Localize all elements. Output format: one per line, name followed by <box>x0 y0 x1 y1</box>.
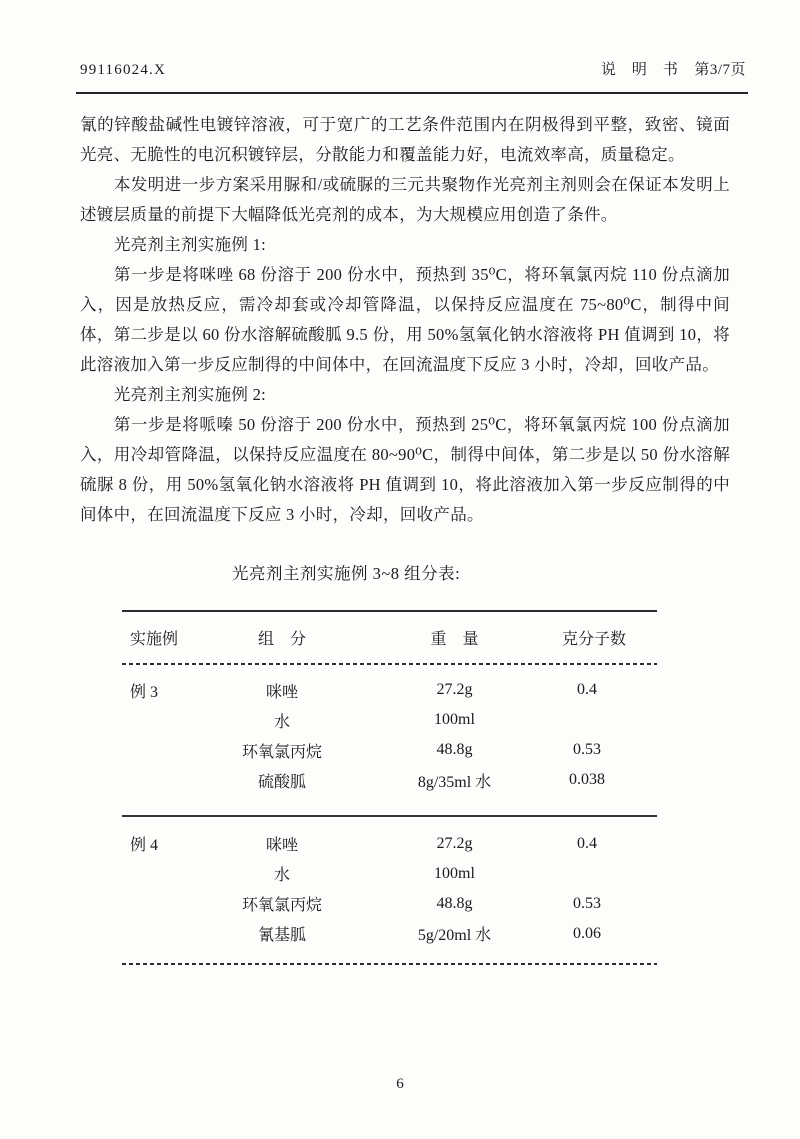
table-title: 光亮剂主剂实施例 3~8 组分表: <box>232 560 460 584</box>
header-divider-line <box>76 92 748 94</box>
cell-component: 硫酸胍 <box>217 769 347 792</box>
table-row: 环氧氯丙烷 48.8g 0.53 <box>122 889 657 919</box>
cell-component: 氰基胍 <box>217 922 347 945</box>
header-component: 组 分 <box>217 626 347 649</box>
cell-weight: 27.2g <box>347 681 562 699</box>
cell-moles: 0.038 <box>562 771 657 789</box>
cell-weight: 100ml <box>347 711 562 729</box>
components-table: 实施例 组 分 重 量 克分子数 例 3 咪唑 27.2g 0.4 水 100m… <box>122 610 657 965</box>
cell-weight: 48.8g <box>347 741 562 759</box>
cell-moles: 0.53 <box>562 741 657 759</box>
document-type-label: 说 明 书 <box>601 58 679 79</box>
table-row: 水 100ml <box>122 705 657 735</box>
cell-moles: 0.4 <box>562 681 657 699</box>
cell-component: 水 <box>217 862 347 885</box>
cell-moles: 0.53 <box>562 895 657 913</box>
page-indicator: 第3/7页 <box>694 58 746 79</box>
table-row: 环氧氯丙烷 48.8g 0.53 <box>122 735 657 765</box>
table-row: 例 3 咪唑 27.2g 0.4 <box>122 675 657 705</box>
page-number: 6 <box>0 1076 800 1093</box>
cell-weight: 100ml <box>347 865 562 883</box>
cell-weight: 48.8g <box>347 895 562 913</box>
header-example: 实施例 <box>122 626 217 649</box>
cell-component: 水 <box>217 709 347 732</box>
page-header: 99116024.X 说 明 书 第3/7页 <box>80 58 746 79</box>
example-1-body: 第一步是将咪唑 68 份溶于 200 份水中，预热到 35⁰C，将环氧氯丙烷 1… <box>80 260 730 380</box>
patent-number: 99116024.X <box>80 62 166 79</box>
cell-component: 咪唑 <box>217 832 347 855</box>
cell-component: 咪唑 <box>217 679 347 702</box>
cell-weight: 5g/20ml 水 <box>347 922 562 945</box>
paragraph-continuation: 氰的锌酸盐碱性电镀锌溶液，可于宽广的工艺条件范围内在阴极得到平整，致密、镜面光亮… <box>80 110 730 170</box>
table-row: 硫酸胍 8g/35ml 水 0.038 <box>122 765 657 795</box>
cell-moles: 0.4 <box>562 835 657 853</box>
table-header-row: 实施例 组 分 重 量 克分子数 <box>122 612 657 663</box>
cell-weight: 27.2g <box>347 835 562 853</box>
cell-moles: 0.06 <box>562 925 657 943</box>
example-1-heading: 光亮剂主剂实施例 1: <box>80 230 730 260</box>
body-text: 氰的锌酸盐碱性电镀锌溶液，可于宽广的工艺条件范围内在阴极得到平整，致密、镜面光亮… <box>80 110 730 530</box>
table-group-example-4: 例 4 咪唑 27.2g 0.4 水 100ml 环氧氯丙烷 48.8g 0.5… <box>122 817 657 963</box>
cell-weight: 8g/35ml 水 <box>347 769 562 792</box>
table-row: 水 100ml <box>122 859 657 889</box>
table-row: 氰基胍 5g/20ml 水 0.06 <box>122 919 657 949</box>
example-2-heading: 光亮剂主剂实施例 2: <box>80 380 730 410</box>
header-moles: 克分子数 <box>562 626 657 649</box>
paragraph-scheme: 本发明进一步方案采用脲和/或硫脲的三元共聚物作光亮剂主剂则会在保证本发明上述镀层… <box>80 170 730 230</box>
example-2-body: 第一步是将哌嗪 50 份溶于 200 份水中，预热到 25⁰C，将环氧氯丙烷 1… <box>80 410 730 530</box>
table-group-example-3: 例 3 咪唑 27.2g 0.4 水 100ml 环氧氯丙烷 48.8g 0.5… <box>122 665 657 815</box>
table-bottom-border <box>122 963 657 965</box>
cell-example: 例 4 <box>122 832 217 855</box>
cell-component: 环氧氯丙烷 <box>217 739 347 762</box>
header-weight: 重 量 <box>347 626 562 649</box>
patent-document-page: 99116024.X 说 明 书 第3/7页 氰的锌酸盐碱性电镀锌溶液，可于宽广… <box>0 0 800 1139</box>
table-row: 例 4 咪唑 27.2g 0.4 <box>122 829 657 859</box>
cell-component: 环氧氯丙烷 <box>217 892 347 915</box>
cell-example: 例 3 <box>122 679 217 702</box>
